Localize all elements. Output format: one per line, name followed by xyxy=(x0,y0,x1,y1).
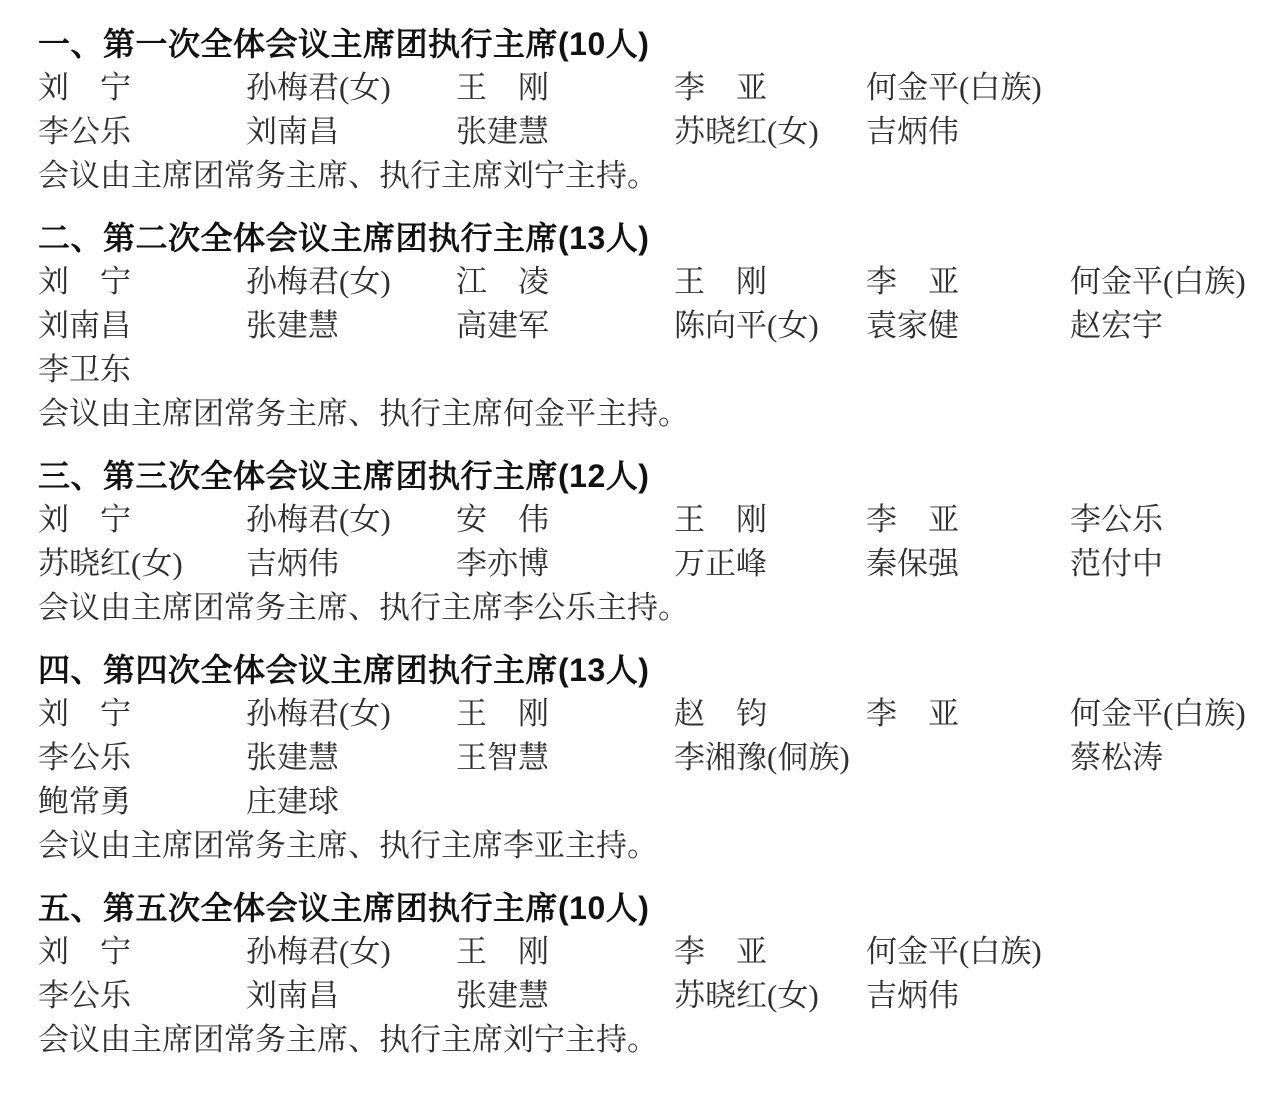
name-cell: 王智慧 xyxy=(456,736,549,780)
name-cell: 孙梅君(女) xyxy=(246,692,391,736)
name-cell: 高建军 xyxy=(456,304,549,348)
name-cell: 李 亚 xyxy=(866,498,959,542)
section-heading: 五、第五次全体会议主席团执行主席(10人) xyxy=(0,886,1280,930)
name-cell: 何金平(白族) xyxy=(1070,260,1246,304)
name-cell: 李 亚 xyxy=(674,930,767,974)
name-cell: 赵 钧 xyxy=(674,692,767,736)
name-cell: 吉炳伟 xyxy=(866,110,959,154)
name-cell: 王 刚 xyxy=(456,930,549,974)
name-cell: 张建慧 xyxy=(456,974,549,1018)
name-cell: 刘 宁 xyxy=(38,498,131,542)
session-section-5: 五、第五次全体会议主席团执行主席(10人)刘 宁孙梅君(女)王 刚李 亚何金平(… xyxy=(0,886,1280,1062)
name-cell: 何金平(白族) xyxy=(1070,692,1246,736)
name-cell: 王 刚 xyxy=(674,498,767,542)
name-cell: 李 亚 xyxy=(866,260,959,304)
name-row: 刘 宁孙梅君(女)王 刚李 亚何金平(白族) xyxy=(0,66,1280,110)
name-cell: 李公乐 xyxy=(38,110,131,154)
name-cell: 刘 宁 xyxy=(38,260,131,304)
name-cell: 赵宏宇 xyxy=(1070,304,1163,348)
name-row: 苏晓红(女)吉炳伟李亦博万正峰秦保强范付中 xyxy=(0,542,1280,586)
name-cell: 刘南昌 xyxy=(246,974,339,1018)
name-cell: 王 刚 xyxy=(456,692,549,736)
name-cell: 刘 宁 xyxy=(38,930,131,974)
session-section-4: 四、第四次全体会议主席团执行主席(13人)刘 宁孙梅君(女)王 刚赵 钧李 亚何… xyxy=(0,648,1280,868)
name-cell: 陈向平(女) xyxy=(674,304,819,348)
session-section-1: 一、第一次全体会议主席团执行主席(10人)刘 宁孙梅君(女)王 刚李 亚何金平(… xyxy=(0,22,1280,198)
name-cell: 范付中 xyxy=(1070,542,1163,586)
name-cell: 万正峰 xyxy=(674,542,767,586)
name-cell: 庄建球 xyxy=(246,780,339,824)
document: 一、第一次全体会议主席团执行主席(10人)刘 宁孙梅君(女)王 刚李 亚何金平(… xyxy=(0,0,1280,1062)
name-cell: 张建慧 xyxy=(456,110,549,154)
name-cell: 秦保强 xyxy=(866,542,959,586)
summary-line: 会议由主席团常务主席、执行主席李公乐主持。 xyxy=(0,586,1280,630)
name-cell: 刘南昌 xyxy=(246,110,339,154)
name-cell: 吉炳伟 xyxy=(246,542,339,586)
name-cell: 蔡松涛 xyxy=(1070,736,1163,780)
name-cell: 李 亚 xyxy=(674,66,767,110)
name-cell: 苏晓红(女) xyxy=(674,974,819,1018)
name-cell: 王 刚 xyxy=(674,260,767,304)
name-cell: 张建慧 xyxy=(246,304,339,348)
name-cell: 何金平(白族) xyxy=(866,930,1042,974)
name-cell: 刘 宁 xyxy=(38,66,131,110)
name-cell: 孙梅君(女) xyxy=(246,66,391,110)
name-cell: 李湘豫(侗族) xyxy=(674,736,850,780)
name-cell: 苏晓红(女) xyxy=(674,110,819,154)
name-row: 刘 宁孙梅君(女)江 凌王 刚李 亚何金平(白族) xyxy=(0,260,1280,304)
name-row: 刘 宁孙梅君(女)王 刚李 亚何金平(白族) xyxy=(0,930,1280,974)
summary-line: 会议由主席团常务主席、执行主席刘宁主持。 xyxy=(0,1018,1280,1062)
name-cell: 孙梅君(女) xyxy=(246,930,391,974)
section-heading: 一、第一次全体会议主席团执行主席(10人) xyxy=(0,22,1280,66)
name-cell: 刘南昌 xyxy=(38,304,131,348)
name-row: 李公乐刘南昌张建慧苏晓红(女)吉炳伟 xyxy=(0,110,1280,154)
name-cell: 孙梅君(女) xyxy=(246,498,391,542)
name-row: 李公乐张建慧王智慧李湘豫(侗族)蔡松涛 xyxy=(0,736,1280,780)
name-cell: 袁家健 xyxy=(866,304,959,348)
name-cell: 孙梅君(女) xyxy=(246,260,391,304)
name-cell: 李公乐 xyxy=(1070,498,1163,542)
name-row: 刘 宁孙梅君(女)王 刚赵 钧李 亚何金平(白族) xyxy=(0,692,1280,736)
name-row: 刘南昌张建慧高建军陈向平(女)袁家健赵宏宇 xyxy=(0,304,1280,348)
section-heading: 四、第四次全体会议主席团执行主席(13人) xyxy=(0,648,1280,692)
name-cell: 刘 宁 xyxy=(38,692,131,736)
name-cell: 李 亚 xyxy=(866,692,959,736)
name-cell: 李公乐 xyxy=(38,974,131,1018)
name-cell: 李公乐 xyxy=(38,736,131,780)
name-cell: 江 凌 xyxy=(456,260,549,304)
name-cell: 张建慧 xyxy=(246,736,339,780)
name-cell: 王 刚 xyxy=(456,66,549,110)
name-row: 李公乐刘南昌张建慧苏晓红(女)吉炳伟 xyxy=(0,974,1280,1018)
name-cell: 李亦博 xyxy=(456,542,549,586)
name-row: 李卫东 xyxy=(0,348,1280,392)
name-row: 鲍常勇庄建球 xyxy=(0,780,1280,824)
name-cell: 李卫东 xyxy=(38,348,131,392)
section-heading: 二、第二次全体会议主席团执行主席(13人) xyxy=(0,216,1280,260)
name-cell: 苏晓红(女) xyxy=(38,542,183,586)
name-cell: 安 伟 xyxy=(456,498,549,542)
summary-line: 会议由主席团常务主席、执行主席刘宁主持。 xyxy=(0,154,1280,198)
summary-line: 会议由主席团常务主席、执行主席李亚主持。 xyxy=(0,824,1280,868)
session-section-3: 三、第三次全体会议主席团执行主席(12人)刘 宁孙梅君(女)安 伟王 刚李 亚李… xyxy=(0,454,1280,630)
name-cell: 吉炳伟 xyxy=(866,974,959,1018)
name-row: 刘 宁孙梅君(女)安 伟王 刚李 亚李公乐 xyxy=(0,498,1280,542)
section-heading: 三、第三次全体会议主席团执行主席(12人) xyxy=(0,454,1280,498)
summary-line: 会议由主席团常务主席、执行主席何金平主持。 xyxy=(0,392,1280,436)
name-cell: 何金平(白族) xyxy=(866,66,1042,110)
name-cell: 鲍常勇 xyxy=(38,780,131,824)
session-section-2: 二、第二次全体会议主席团执行主席(13人)刘 宁孙梅君(女)江 凌王 刚李 亚何… xyxy=(0,216,1280,436)
